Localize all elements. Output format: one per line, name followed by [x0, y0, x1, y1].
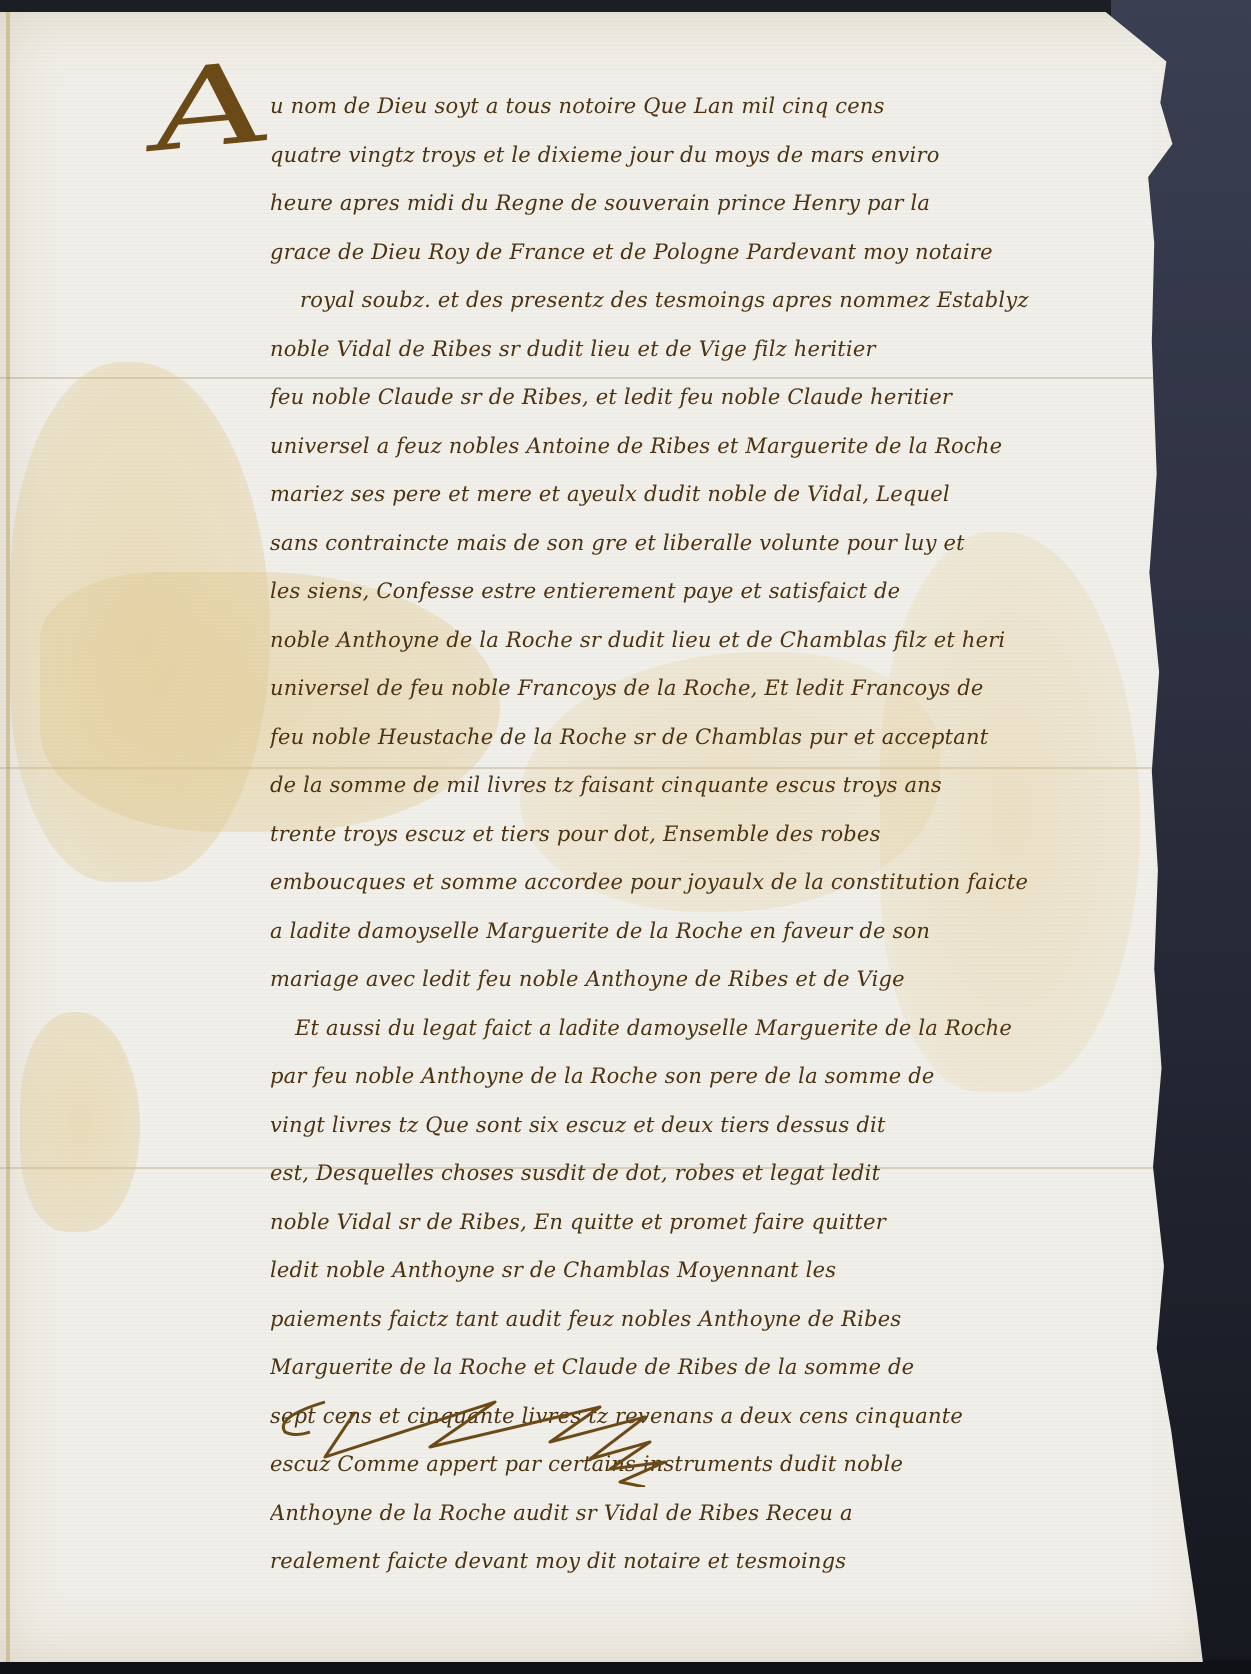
text-line: royal soubz. et des presentz des tesmoin… — [270, 276, 1110, 325]
text-line: Marguerite de la Roche et Claude de Ribe… — [270, 1343, 1110, 1392]
text-line: Anthoyne de la Roche audit sr Vidal de R… — [270, 1489, 1110, 1538]
text-line: grace de Dieu Roy de France et de Pologn… — [270, 228, 1110, 277]
text-line: mariage avec ledit feu noble Anthoyne de… — [270, 955, 1110, 1004]
signature-icon — [265, 1387, 695, 1487]
text-line: realement faicte devant moy dit notaire … — [270, 1537, 1110, 1586]
text-line: trente troys escuz et tiers pour dot, En… — [270, 810, 1110, 859]
manuscript-page: A u nom de Dieu soyt a tous notoire Que … — [0, 12, 1215, 1662]
text-line: sans contraincte mais de son gre et libe… — [270, 519, 1110, 568]
notary-signature-flourish — [265, 1387, 695, 1487]
text-line: feu noble Claude sr de Ribes, et ledit f… — [270, 373, 1110, 422]
text-line: emboucques et somme accordee pour joyaul… — [270, 858, 1110, 907]
text-line: noble Vidal sr de Ribes, En quitte et pr… — [270, 1198, 1110, 1247]
binding-edge — [6, 12, 10, 1662]
text-line: par feu noble Anthoyne de la Roche son p… — [270, 1052, 1110, 1101]
text-line: mariez ses pere et mere et ayeulx dudit … — [270, 470, 1110, 519]
text-line: quatre vingtz troys et le dixieme jour d… — [270, 131, 1110, 180]
text-line: de la somme de mil livres tz faisant cin… — [270, 761, 1110, 810]
text-line: a ladite damoyselle Marguerite de la Roc… — [270, 907, 1110, 956]
text-line: noble Anthoyne de la Roche sr dudit lieu… — [270, 616, 1110, 665]
text-line: ledit noble Anthoyne sr de Chamblas Moye… — [270, 1246, 1110, 1295]
manuscript-text: u nom de Dieu soyt a tous notoire Que La… — [270, 82, 1110, 1586]
decorated-initial: A — [139, 47, 280, 167]
text-line: universel de feu noble Francoys de la Ro… — [270, 664, 1110, 713]
text-line: est, Desquelles choses susdit de dot, ro… — [270, 1149, 1110, 1198]
text-line: noble Vidal de Ribes sr dudit lieu et de… — [270, 325, 1110, 374]
text-line: paiements faictz tant audit feuz nobles … — [270, 1295, 1110, 1344]
text-line: vingt livres tz Que sont six escuz et de… — [270, 1101, 1110, 1150]
text-line: les siens, Confesse estre entierement pa… — [270, 567, 1110, 616]
text-line: Et aussi du legat faict a ladite damoyse… — [270, 1004, 1110, 1053]
text-line: u nom de Dieu soyt a tous notoire Que La… — [270, 82, 1110, 131]
text-line: feu noble Heustache de la Roche sr de Ch… — [270, 713, 1110, 762]
text-line: universel a feuz nobles Antoine de Ribes… — [270, 422, 1110, 471]
dark-backdrop-bottom — [0, 1660, 1251, 1674]
text-line: heure apres midi du Regne de souverain p… — [270, 179, 1110, 228]
